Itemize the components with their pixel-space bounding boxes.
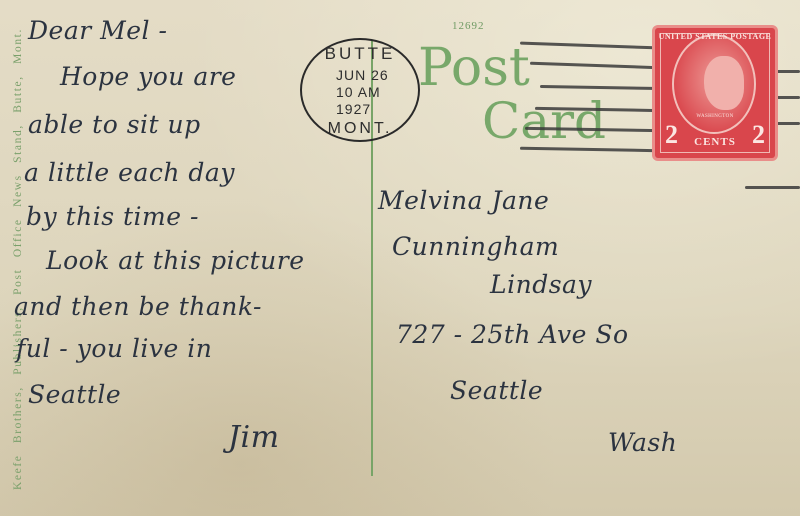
stamp-portrait-frame [672, 34, 756, 134]
address-line: Cunningham [392, 232, 559, 261]
postage-stamp: UNITED STATES POSTAGE WASHINGTON 2 2 CEN… [655, 28, 775, 158]
message-line: and then be thank- [14, 292, 262, 321]
message-line: Dear Mel - [28, 16, 167, 45]
publisher-imprint: Keefe Brothers, Publishers, Post Office … [12, 28, 24, 490]
address-line: Wash [608, 428, 677, 457]
message-line: a little each day [24, 158, 235, 187]
message-line: Hope you are [60, 62, 236, 91]
message-line: ful - you live in [16, 334, 212, 363]
stamp-title: UNITED STATES POSTAGE [655, 32, 775, 41]
message-line: by this time - [26, 202, 199, 231]
postmark-time: 10 AM [336, 84, 381, 100]
message-line: Seattle [28, 380, 121, 409]
postmark-year: 1927 [336, 101, 371, 117]
address-line: 727 - 25th Ave So [396, 320, 629, 349]
message-line: Look at this picture [46, 246, 305, 275]
signature: Jim [228, 420, 280, 455]
address-line: Melvina Jane [378, 186, 549, 215]
address-line: Seattle [450, 376, 543, 405]
address-line: Lindsay [490, 270, 592, 299]
post-card-heading-post: Post [418, 42, 530, 94]
postmark-date: JUN 26 [336, 67, 389, 83]
stamp-cents-label: CENTS [655, 136, 775, 148]
postmark-state: MONT. [302, 120, 418, 138]
postcard-back: Keefe Brothers, Publishers, Post Office … [0, 0, 800, 516]
postmark: BUTTE JUN 26 10 AM 1927 MONT. [300, 38, 420, 142]
message-line: able to sit up [28, 110, 201, 139]
washington-portrait-icon [704, 56, 744, 110]
serial-number: 12692 [452, 20, 485, 32]
postmark-city: BUTTE [302, 44, 418, 64]
stamp-portrait-name: WASHINGTON [655, 114, 775, 119]
